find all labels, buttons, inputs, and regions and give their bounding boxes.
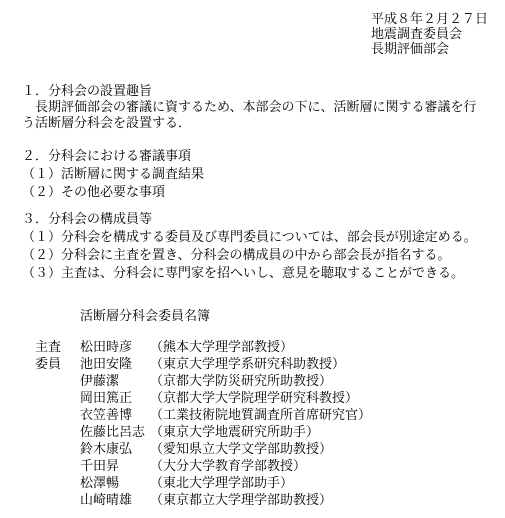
header-committee: 地震調査委員会	[371, 26, 488, 41]
member-name: 山崎晴雄	[80, 489, 132, 508]
header-subcommittee: 長期評価部会	[371, 41, 488, 56]
section-2-item: （１）活断層に関する調査結果	[22, 165, 204, 183]
section-membership: ３．分科会の構成員等 （１）分科会を構成する委員及び専門委員については、部会長が…	[22, 210, 477, 282]
section-3-item: （１）分科会を構成する委員及び専門委員については、部会長が別途定める。	[22, 228, 477, 246]
document-page: 平成８年２月２７日 地震調査委員会 長期評価部会 １．分科会の設置趣旨 長期評価…	[0, 0, 505, 518]
roster-row: 松澤暢 （東北大学理学部助手）	[22, 472, 482, 489]
roster-row: 主査 松田時彦 （熊本大学理学部教授）	[22, 336, 482, 353]
section-2-title: ２．分科会における審議事項	[22, 147, 204, 165]
roster-row: 委員 池田安隆 （東京大学理学系研究科助教授）	[22, 353, 482, 370]
roster-row: 衣笠善博 （工業技術院地質調査所首席研究官）	[22, 404, 482, 421]
header-date: 平成８年２月２７日	[371, 11, 488, 26]
section-1-body-line: う活断層分科会を設置する．	[22, 115, 476, 131]
section-1-body-line: 長期評価部会の審議に資するため、本部会の下に、活断層に関する審議を行	[22, 99, 476, 115]
roster-list: 主査 松田時彦 （熊本大学理学部教授） 委員 池田安隆 （東京大学理学系研究科助…	[22, 336, 482, 506]
section-establishment-purpose: １．分科会の設置趣旨 長期評価部会の審議に資するため、本部会の下に、活断層に関す…	[22, 83, 476, 131]
roster-row: 山崎晴雄 （東京都立大学理学部助教授）	[22, 489, 482, 506]
section-3-item: （２）分科会に主査を置き、分科会の構成員の中から部会長が指名する。	[22, 246, 477, 264]
section-deliberation-items: ２．分科会における審議事項 （１）活断層に関する調査結果 （２）その他必要な事項	[22, 147, 204, 201]
member-affiliation: （東京都立大学理学部助教授）	[150, 489, 332, 508]
section-1-title: １．分科会の設置趣旨	[22, 83, 476, 99]
section-2-item: （２）その他必要な事項	[22, 183, 204, 201]
roster-row: 岡田篤正 （京都大学大学院理学研究科教授）	[22, 387, 482, 404]
section-3-title: ３．分科会の構成員等	[22, 210, 477, 228]
document-header: 平成８年２月２７日 地震調査委員会 長期評価部会	[371, 11, 488, 56]
roster-title: 活断層分科会委員名簿	[80, 305, 210, 324]
roster-row: 佐藤比呂志 （東京大学地震研究所助手）	[22, 421, 482, 438]
roster-row: 千田昇 （大分大学教育学部教授）	[22, 455, 482, 472]
roster-row: 伊藤潔 （京都大学防災研究所助教授）	[22, 370, 482, 387]
roster-row: 鈴木康弘 （愛知県立大学文学部助教授）	[22, 438, 482, 455]
section-3-item: （３）主査は、分科会に専門家を招へいし、意見を聴取することができる。	[22, 264, 477, 282]
